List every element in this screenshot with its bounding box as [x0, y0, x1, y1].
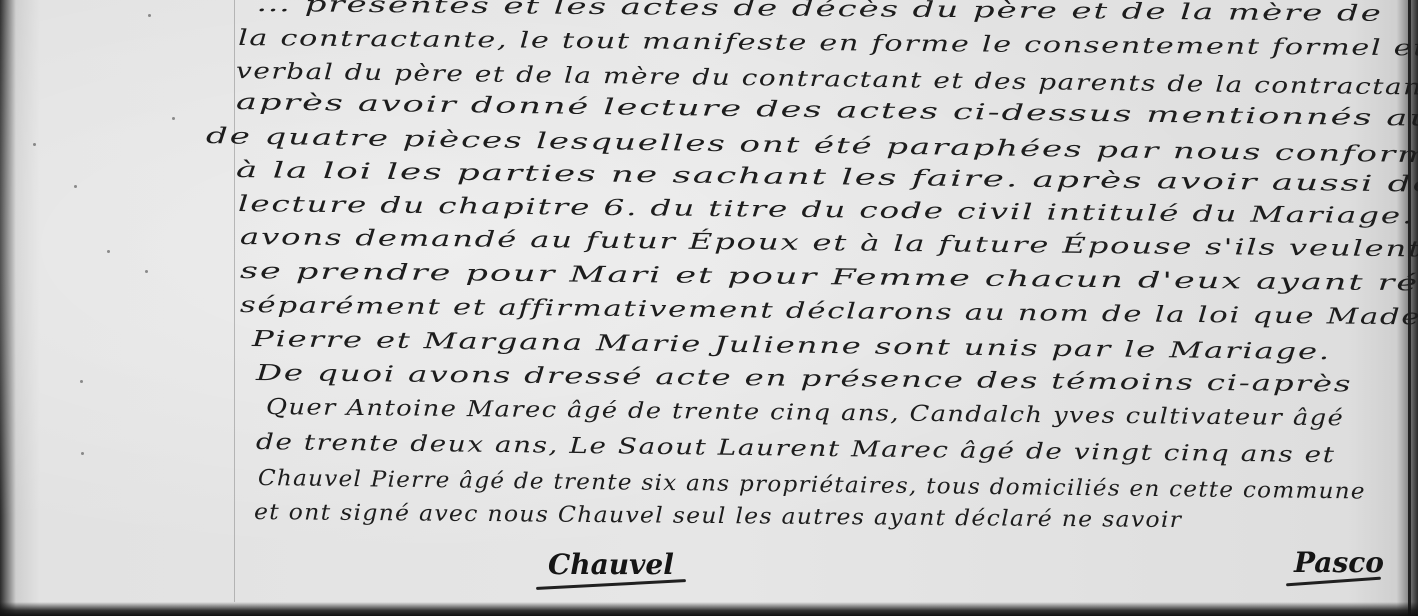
- record-line: séparément et affirmativement déclarons …: [240, 293, 1418, 331]
- scan-bottom-edge: [0, 602, 1418, 616]
- record-line: Chauvel Pierre âgé de trente six ans pro…: [258, 466, 1366, 505]
- left-margin-rule: [234, 0, 235, 602]
- officer-signature: Pasco: [1294, 546, 1384, 579]
- record-line: la contractante, le tout manifeste en fo…: [238, 26, 1418, 61]
- paper-speck: [81, 452, 84, 455]
- record-line: Pierre et Margana Marie Julienne sont un…: [252, 327, 1331, 365]
- record-line: se prendre pour Mari et pour Femme chacu…: [240, 259, 1418, 298]
- witness-signature: Chauvel: [548, 548, 674, 581]
- paper-speck: [172, 117, 175, 120]
- record-line: de trente deux ans, Le Saout Laurent Mar…: [256, 430, 1336, 468]
- record-line: avons demandé au futur Époux et à la fut…: [240, 225, 1418, 262]
- record-line: … présentés et les actes de décès du pèr…: [256, 0, 1383, 27]
- record-line: De quoi avons dressé acte en présence de…: [256, 361, 1353, 397]
- record-line: et ont signé avec nous Chauvel seul les …: [254, 500, 1182, 533]
- handwritten-record: … présentés et les actes de décès du pèr…: [236, 0, 1401, 600]
- record-line: Quer Antoine Marec âgé de trente cinq an…: [266, 395, 1344, 431]
- record-line: lecture du chapitre 6. du titre du code …: [238, 192, 1418, 230]
- paper-speck: [80, 380, 83, 383]
- paper-speck: [145, 270, 148, 273]
- paper-speck: [33, 143, 36, 146]
- paper-speck: [148, 14, 151, 17]
- paper-speck: [107, 250, 110, 253]
- paper-speck: [74, 185, 77, 188]
